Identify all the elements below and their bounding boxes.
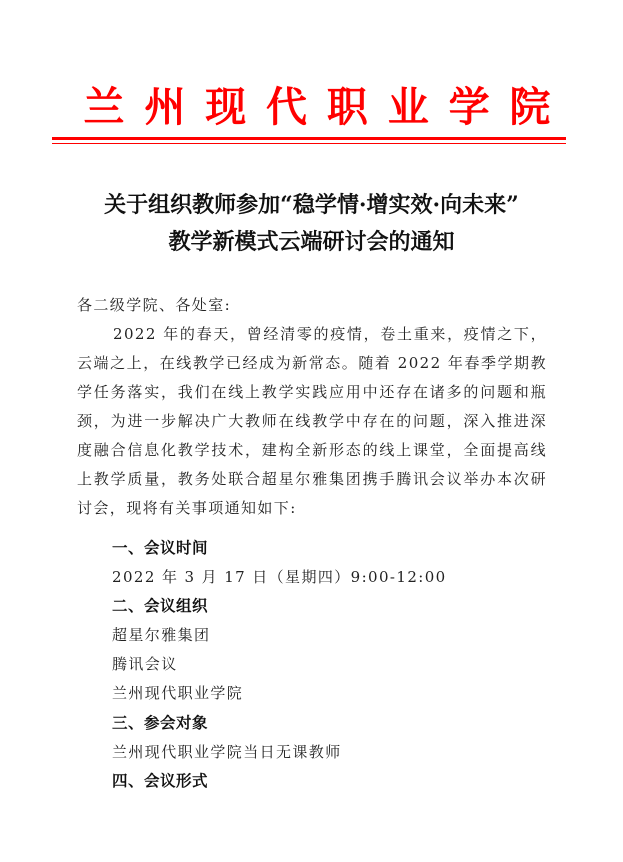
letterhead-char: 职 bbox=[325, 83, 369, 131]
section-heading: 四、会议形式 bbox=[112, 767, 552, 796]
letterhead-char: 院 bbox=[508, 83, 552, 131]
section-meeting-organizers: 二、会议组织 超星尔雅集团 腾讯会议 兰州现代职业学院 bbox=[112, 592, 552, 708]
section-attendees: 三、参会对象 兰州现代职业学院当日无课教师 bbox=[112, 709, 552, 767]
organizer-item: 兰州现代职业学院 bbox=[112, 679, 552, 708]
letterhead-char: 现 bbox=[204, 83, 248, 131]
letterhead-char: 代 bbox=[265, 83, 309, 131]
section-heading: 一、会议时间 bbox=[112, 534, 552, 563]
document-title-line-1: 关于组织教师参加“稳学情·增实效·向未来” bbox=[60, 191, 563, 219]
organizer-item: 超星尔雅集团 bbox=[112, 621, 552, 650]
intro-paragraph: 2022 年的春天，曾经清零的疫情，卷土重来，疫情之下，云端之上，在线教学已经成… bbox=[77, 320, 547, 523]
letterhead-char: 业 bbox=[386, 83, 430, 131]
section-heading: 二、会议组织 bbox=[112, 592, 552, 621]
section-heading: 三、参会对象 bbox=[112, 709, 552, 738]
letterhead-rule-thick bbox=[52, 137, 566, 140]
section-meeting-format: 四、会议形式 bbox=[112, 767, 552, 796]
meeting-time-value: 2022 年 3 月 17 日（星期四）9:00-12:00 bbox=[112, 563, 552, 592]
letterhead-rule-thin bbox=[52, 143, 566, 144]
document-title-line-2: 教学新模式云端研讨会的通知 bbox=[60, 228, 563, 256]
letterhead-char: 学 bbox=[447, 83, 491, 131]
letterhead: 兰 州 现 代 职 业 学 院 bbox=[82, 82, 552, 132]
letterhead-char: 兰 bbox=[82, 83, 126, 131]
section-meeting-time: 一、会议时间 2022 年 3 月 17 日（星期四）9:00-12:00 bbox=[112, 534, 552, 592]
salutation: 各二级学院、各处室: bbox=[77, 291, 547, 320]
letterhead-char: 州 bbox=[143, 83, 187, 131]
attendee-item: 兰州现代职业学院当日无课教师 bbox=[112, 738, 552, 767]
organizer-item: 腾讯会议 bbox=[112, 650, 552, 679]
